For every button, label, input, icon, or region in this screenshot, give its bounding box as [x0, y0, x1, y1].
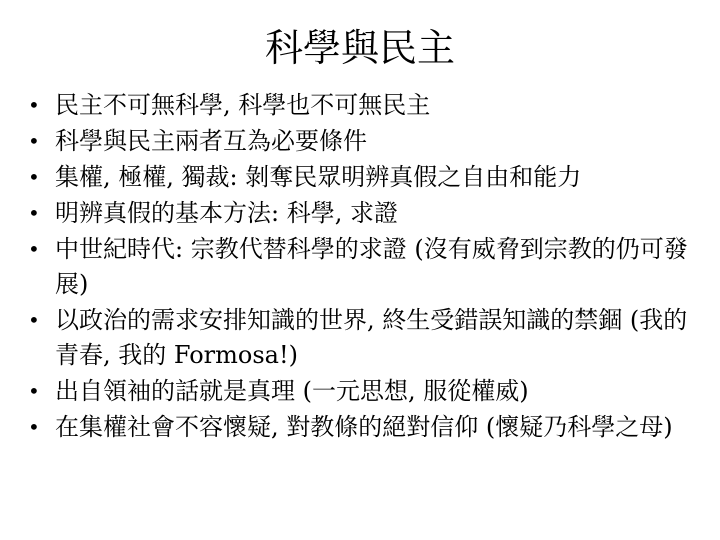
bullet-icon: •	[28, 232, 40, 267]
bullet-list: • 民主不可無科學, 科學也不可無民主 • 科學與民主兩者互為必要條件 • 集權…	[22, 88, 698, 445]
presentation-slide: 科學與民主 • 民主不可無科學, 科學也不可無民主 • 科學與民主兩者互為必要條…	[0, 0, 720, 540]
slide-title: 科學與民主	[20, 26, 700, 72]
bullet-item: • 出自領袖的話就是真理 (一元思想, 服從權威)	[22, 374, 698, 409]
bullet-icon: •	[28, 374, 40, 409]
bullet-text: 中世紀時代: 宗教代替科學的求證 (沒有威脅到宗教的仍可發展)	[55, 235, 688, 298]
bullet-item: • 中世紀時代: 宗教代替科學的求證 (沒有威脅到宗教的仍可發展)	[22, 232, 698, 302]
bullet-item: • 在集權社會不容懷疑, 對教條的絕對信仰 (懷疑乃科學之母)	[22, 410, 698, 445]
bullet-text: 民主不可無科學, 科學也不可無民主	[55, 91, 430, 119]
bullet-text: 科學與民主兩者互為必要條件	[55, 127, 367, 155]
bullet-text: 集權, 極權, 獨裁: 剝奪民眾明辨真假之自由和能力	[55, 163, 581, 191]
bullet-item: • 以政治的需求安排知識的世界, 終生受錯誤知識的禁錮 (我的青春, 我的 Fo…	[22, 303, 698, 373]
bullet-text: 明辨真假的基本方法: 科學, 求證	[55, 199, 398, 227]
bullet-text: 出自領袖的話就是真理 (一元思想, 服從權威)	[55, 377, 529, 405]
bullet-icon: •	[28, 88, 40, 123]
bullet-icon: •	[28, 160, 40, 195]
bullet-icon: •	[28, 303, 40, 338]
bullet-item: • 民主不可無科學, 科學也不可無民主	[22, 88, 698, 123]
bullet-text: 在集權社會不容懷疑, 對教條的絕對信仰 (懷疑乃科學之母)	[55, 413, 673, 441]
bullet-item: • 明辨真假的基本方法: 科學, 求證	[22, 196, 698, 231]
bullet-icon: •	[28, 196, 40, 231]
bullet-item: • 科學與民主兩者互為必要條件	[22, 124, 698, 159]
bullet-icon: •	[28, 124, 40, 159]
bullet-icon: •	[28, 410, 40, 445]
bullet-item: • 集權, 極權, 獨裁: 剝奪民眾明辨真假之自由和能力	[22, 160, 698, 195]
bullet-text: 以政治的需求安排知識的世界, 終生受錯誤知識的禁錮 (我的青春, 我的 Form…	[55, 306, 687, 369]
